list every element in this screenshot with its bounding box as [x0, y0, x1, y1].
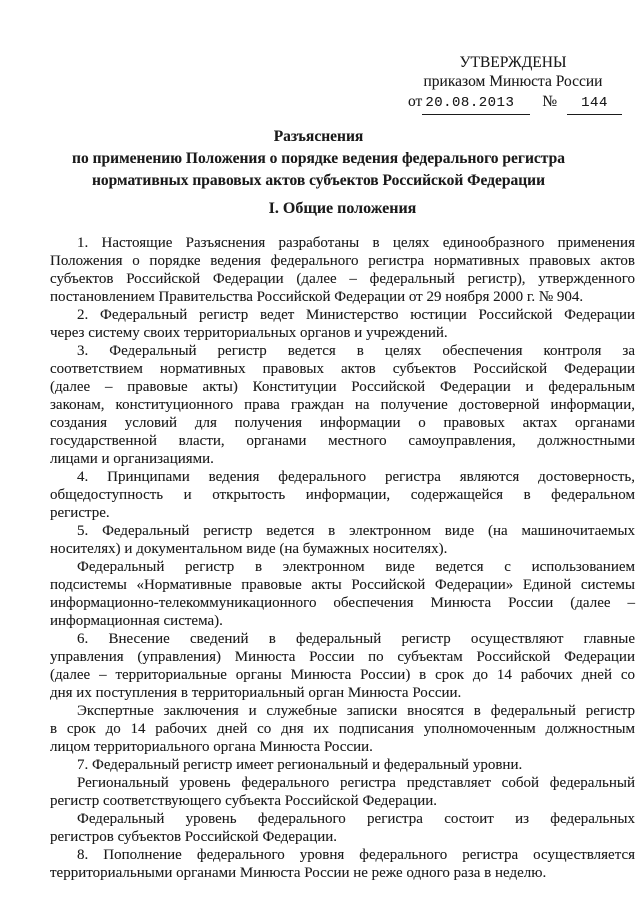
paragraph: Федеральный регистр в электронном виде в…: [50, 558, 635, 630]
paragraph-line: 7. Федеральный регистр имеет региональны…: [50, 756, 635, 774]
paragraph-line: 8. Пополнение федерального уровня федера…: [50, 846, 635, 864]
paragraph: 5. Федеральный регистр ведется в электро…: [50, 522, 635, 558]
paragraph-line: в срок до 14 рабочих дней со дня их подп…: [50, 720, 635, 738]
paragraph-line: регистр соответствующего субъекта Россий…: [50, 792, 635, 810]
paragraph-line: соответствием нормативных правовых актов…: [50, 360, 635, 378]
paragraph-line: дня их поступления в территориальный орг…: [50, 684, 635, 702]
order-date-value: 20.08.2013: [422, 94, 530, 115]
paragraph-line: Федеральный регистр в электронном виде в…: [50, 558, 635, 576]
document-title: Разъясненияпо применению Положения о пор…: [50, 126, 635, 192]
paragraph: Региональный уровень федерального регист…: [50, 774, 635, 810]
paragraph: 4. Принципами ведения федерального регис…: [50, 468, 635, 522]
approval-block: УТВЕРЖДЕНЫ приказом Минюста России от 20…: [408, 53, 618, 115]
document-page: УТВЕРЖДЕНЫ приказом Минюста России от 20…: [0, 0, 640, 905]
paragraph-line: субъектов Российской Федерации (далее – …: [50, 270, 635, 288]
order-number-value: 144: [567, 94, 622, 115]
approval-order-line: приказом Минюста России: [408, 72, 618, 91]
paragraph-line: лицами и организациями.: [50, 450, 635, 468]
paragraph-line: 6. Внесение сведений в федеральный регис…: [50, 630, 635, 648]
paragraph-line: общедоступность и открытость информации,…: [50, 486, 635, 504]
paragraph-line: (далее – правовые акты) Конституции Росс…: [50, 378, 635, 396]
paragraph-line: государственной власти, органами местног…: [50, 432, 635, 450]
paragraph-line: регистров субъектов Российской Федерации…: [50, 828, 635, 846]
paragraph-line: Экспертные заключения и служебные записк…: [50, 702, 635, 720]
paragraph-line: 1. Настоящие Разъяснения разработаны в ц…: [50, 234, 635, 252]
title-line: Разъяснения: [50, 126, 587, 148]
paragraph-line: через систему своих территориальных орга…: [50, 324, 635, 342]
paragraph-line: Региональный уровень федерального регист…: [50, 774, 635, 792]
paragraph: 7. Федеральный регистр имеет региональны…: [50, 756, 635, 774]
paragraph: 8. Пополнение федерального уровня федера…: [50, 846, 635, 882]
paragraph: Экспертные заключения и служебные записк…: [50, 702, 635, 756]
paragraph-line: 3. Федеральный регистр ведется в целях о…: [50, 342, 635, 360]
approval-from-label: от: [408, 92, 422, 111]
paragraph-line: 4. Принципами ведения федерального регис…: [50, 468, 635, 486]
paragraph: Федеральный уровень федерального регистр…: [50, 810, 635, 846]
paragraph: 2. Федеральный регистр ведет Министерств…: [50, 306, 635, 342]
paragraph-line: регистре.: [50, 504, 635, 522]
section-heading: I. Общие положения: [50, 198, 635, 220]
paragraph-line: (далее – территориальные органы Минюста …: [50, 666, 635, 684]
paragraph-line: территориальными органами Минюста России…: [50, 864, 635, 882]
paragraph-line: постановлением Правительства Российской …: [50, 288, 635, 306]
paragraph-line: информационно-телекоммуникационного обес…: [50, 594, 635, 612]
paragraph-line: Положения о порядке ведения федерального…: [50, 252, 635, 270]
paragraph-line: подсистемы «Нормативные правовые акты Ро…: [50, 576, 635, 594]
title-line: по применению Положения о порядке ведени…: [50, 148, 587, 170]
paragraph-line: законам, конституционного права граждан …: [50, 396, 635, 414]
paragraph: 1. Настоящие Разъяснения разработаны в ц…: [50, 234, 635, 306]
title-line: нормативных правовых актов субъектов Рос…: [50, 170, 587, 192]
number-sign: №: [542, 92, 557, 111]
document-content: Разъясненияпо применению Положения о пор…: [50, 126, 635, 882]
paragraph-line: 2. Федеральный регистр ведет Министерств…: [50, 306, 635, 324]
paragraph: 3. Федеральный регистр ведется в целях о…: [50, 342, 635, 468]
paragraph-line: носителях) и документальном виде (на бум…: [50, 540, 635, 558]
approval-date-number-line: от 20.08.2013 № 144: [408, 92, 618, 115]
paragraph-line: Федеральный уровень федерального регистр…: [50, 810, 635, 828]
paragraph-line: создания условий для получения информаци…: [50, 414, 635, 432]
paragraph: 6. Внесение сведений в федеральный регис…: [50, 630, 635, 702]
paragraph-line: информационная система).: [50, 612, 635, 630]
approval-stamp-label: УТВЕРЖДЕНЫ: [408, 53, 618, 72]
paragraph-line: лицом территориального органа Минюста Ро…: [50, 738, 635, 756]
paragraph-line: управления (управления) Минюста России п…: [50, 648, 635, 666]
paragraph-line: 5. Федеральный регистр ведется в электро…: [50, 522, 635, 540]
document-body: 1. Настоящие Разъяснения разработаны в ц…: [50, 234, 635, 882]
